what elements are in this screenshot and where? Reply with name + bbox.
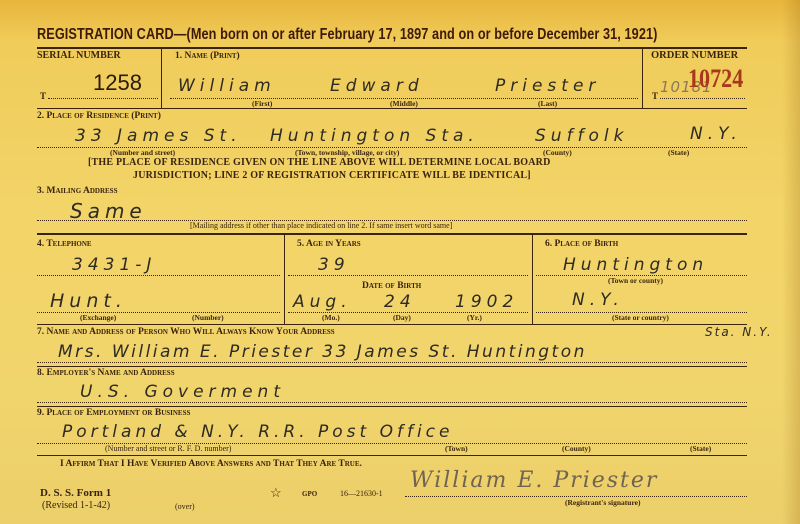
caption-emp-street: (Number and street or R. F. D. number) [105,444,231,453]
contact-value: Mrs. William E. Priester 33 James St. Hu… [58,342,587,362]
caption-town: (Town, township, village, or city) [295,148,399,157]
title-rule [37,47,747,49]
birthplace-town: Huntington [563,255,708,275]
card-edge-shadow [782,0,800,524]
row-rule [37,233,747,235]
age-value: 39 [318,255,350,275]
employment-place-label: 9. Place of Employment or Business [37,408,190,418]
gpo-mark: GPO [302,490,317,498]
age-line [288,275,528,276]
caption-emp-town: (Town) [445,444,468,453]
caption-birth-state: (State or country) [612,313,669,322]
employer-line [37,402,747,403]
signature-line [405,496,747,497]
form-number: D. S. S. Form 1 [40,487,111,499]
star-icon: ☆ [270,485,282,501]
form-revised: (Revised 1-1-42) [42,500,110,511]
residence-notice-1: [THE PLACE OF RESIDENCE GIVEN ON THE LIN… [88,157,551,168]
caption-last: (Last) [538,99,557,108]
mailing-label: 3. Mailing Address [37,186,117,196]
employer-label: 8. Employer's Name and Address [37,368,175,378]
telephone-number: 3431-J [72,255,156,275]
telephone-line [37,275,280,276]
birthplace-state: N.Y. [572,290,624,310]
residence-town: Huntington Sta. [270,126,479,146]
caption-emp-state: (State) [690,444,711,453]
caption-day: (Day) [393,313,411,322]
exchange-line [37,312,280,313]
birthplace-label: 6. Place of Birth [545,239,618,249]
dob-label: Date of Birth [362,281,421,291]
employer-value: U.S. Goverment [80,382,285,402]
registration-card: REGISTRATION CARD—(Men born on or after … [0,0,800,524]
row-rule [37,108,747,109]
telephone-exchange: Hunt. [50,290,127,312]
registrant-signature: William E. Priester [410,468,658,493]
caption-number: (Number) [192,313,224,322]
telephone-label: 4. Telephone [37,239,92,249]
residence-street: 33 James St. [75,126,242,146]
over-note: (over) [175,502,195,511]
caption-middle: (Middle) [390,99,418,108]
row-rule [37,366,747,367]
card-title: REGISTRATION CARD—(Men born on or after … [37,26,657,44]
age-label: 5. Age in Years [297,239,361,249]
order-stamped: 10724 [688,64,743,94]
residence-label: 2. Place of Residence (Print) [37,111,161,121]
divider [284,235,285,325]
employment-place-value: Portland & N.Y. R.R. Post Office [62,422,454,442]
contact-label: 7. Name and Address of Person Who Will A… [37,327,335,337]
dob-month: Aug. [293,292,352,312]
contact-line [37,362,747,363]
dob-year: 1902 [455,292,518,312]
affirmation: I Affirm That I Have Verified Above Answ… [60,459,362,469]
order-prefix: T [652,91,658,101]
caption-state: (State) [668,148,689,157]
dob-day: 24 [384,292,416,312]
name-label: 1. Name (Print) [175,51,240,61]
name-middle: Edward [330,76,424,96]
row-rule [37,406,747,407]
order-line [660,98,745,99]
caption-first: (First) [252,99,272,108]
caption-street: (Number and street) [110,148,175,157]
print-code: 16—21630-1 [340,489,383,498]
name-first: William [178,76,276,96]
divider [642,48,643,108]
order-number-label: ORDER NUMBER [651,50,738,61]
serial-number-label: SERIAL NUMBER [37,50,121,61]
caption-exchange: (Exchange) [80,313,116,322]
divider [532,235,533,325]
residence-notice-2: JURISDICTION; LINE 2 OF REGISTRATION CER… [133,170,531,181]
row-rule [37,455,747,456]
residence-state: N.Y. [690,124,742,144]
contact-overflow: Sta. N.Y. [705,325,773,339]
caption-month: (Mo.) [322,313,340,322]
caption-county: (County) [543,148,572,157]
row-rule [37,324,747,325]
serial-line [48,98,158,99]
divider [161,48,162,108]
residence-county: Suffolk [535,126,629,146]
caption-year: (Yr.) [467,313,482,322]
serial-prefix: T [40,91,46,101]
name-last: Priester [495,76,600,96]
caption-emp-county: (County) [562,444,591,453]
mailing-caption: [Mailing address if other than place ind… [190,221,452,230]
caption-birth-town: (Town or county) [608,276,663,285]
signature-caption: (Registrant's signature) [565,498,640,507]
serial-number-value: 1258 [93,70,142,96]
